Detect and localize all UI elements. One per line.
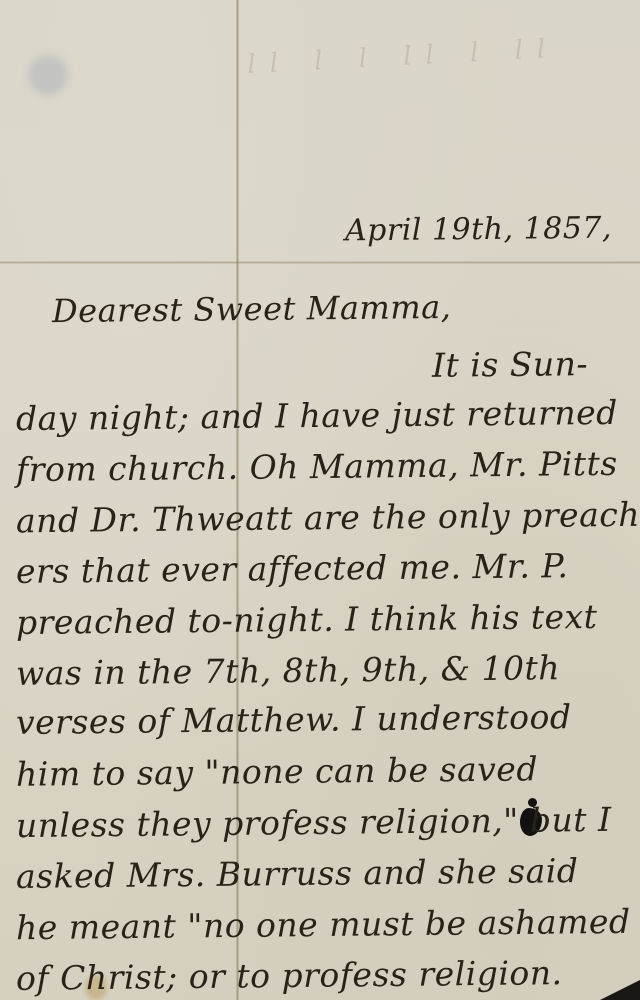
letter-salutation: Dearest Sweet Mamma, xyxy=(52,288,452,330)
bleed-through-text: ll l l ll l ll xyxy=(247,30,634,190)
letter-line: unless they profess religion," but I xyxy=(16,800,612,845)
letter-line: of Christ; or to profess religion. xyxy=(16,953,563,998)
letter-line: verses of Matthew. I understood xyxy=(16,697,572,742)
letter-line: preached to-night. I think his text xyxy=(16,597,598,642)
letter-line: he meant "no one must be ashamed xyxy=(16,902,631,947)
horizontal-fold-crease xyxy=(0,261,640,264)
letter-line: day night; and I have just returned xyxy=(16,393,618,438)
letter-line: from church. Oh Mamma, Mr. Pitts xyxy=(16,444,618,489)
page-corner xyxy=(600,980,640,1000)
letter-page: ll l l ll l ll April 19th, 1857, Dearest… xyxy=(0,0,640,1000)
letter-date: April 19th, 1857, xyxy=(345,211,612,249)
letter-line: It is Sun- xyxy=(432,344,588,385)
letter-line: and Dr. Thweatt are the only preach- xyxy=(16,495,640,541)
letter-line: was in the 7th, 8th, 9th, & 10th xyxy=(16,648,560,693)
letter-line: him to say "none can be saved xyxy=(16,749,538,793)
letter-line: asked Mrs. Burruss and she said xyxy=(16,851,579,896)
letter-line: ers that ever affected me. Mr. P. xyxy=(16,546,569,591)
paper-stain xyxy=(28,55,68,95)
